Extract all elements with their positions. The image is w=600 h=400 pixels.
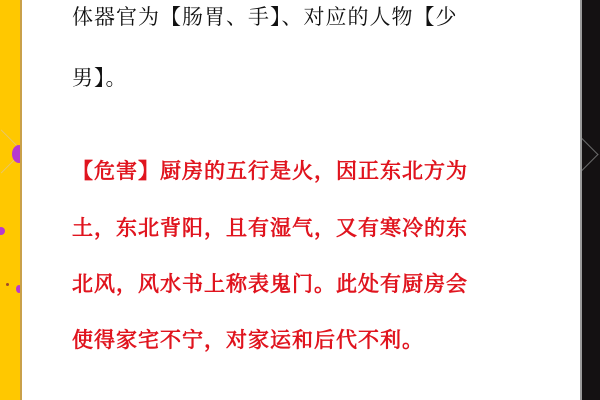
intro-line: 男】。: [72, 61, 128, 129]
next-slide-panel[interactable]: [580, 0, 600, 400]
warning-line: 土，东北背阳，且有湿气，又有寒冷的东: [72, 211, 468, 271]
warning-line: 使得家宅不宁，对家运和后代不利。: [72, 323, 424, 383]
decorative-dot: [6, 283, 9, 286]
chevron-right-icon: [580, 135, 599, 173]
decorative-dot: [12, 145, 22, 163]
intro-line: 体器官为【肠胃、手】、对应的人物【少: [72, 0, 458, 68]
decorative-dot: [0, 227, 5, 235]
warning-line: 北风，风水书上称表鬼门。此处有厨房会: [72, 267, 468, 327]
warning-line: 【危害】厨房的五行是火，因正东北方为: [72, 154, 468, 214]
decorative-dot: [16, 285, 22, 293]
previous-slide-panel[interactable]: [0, 0, 22, 400]
